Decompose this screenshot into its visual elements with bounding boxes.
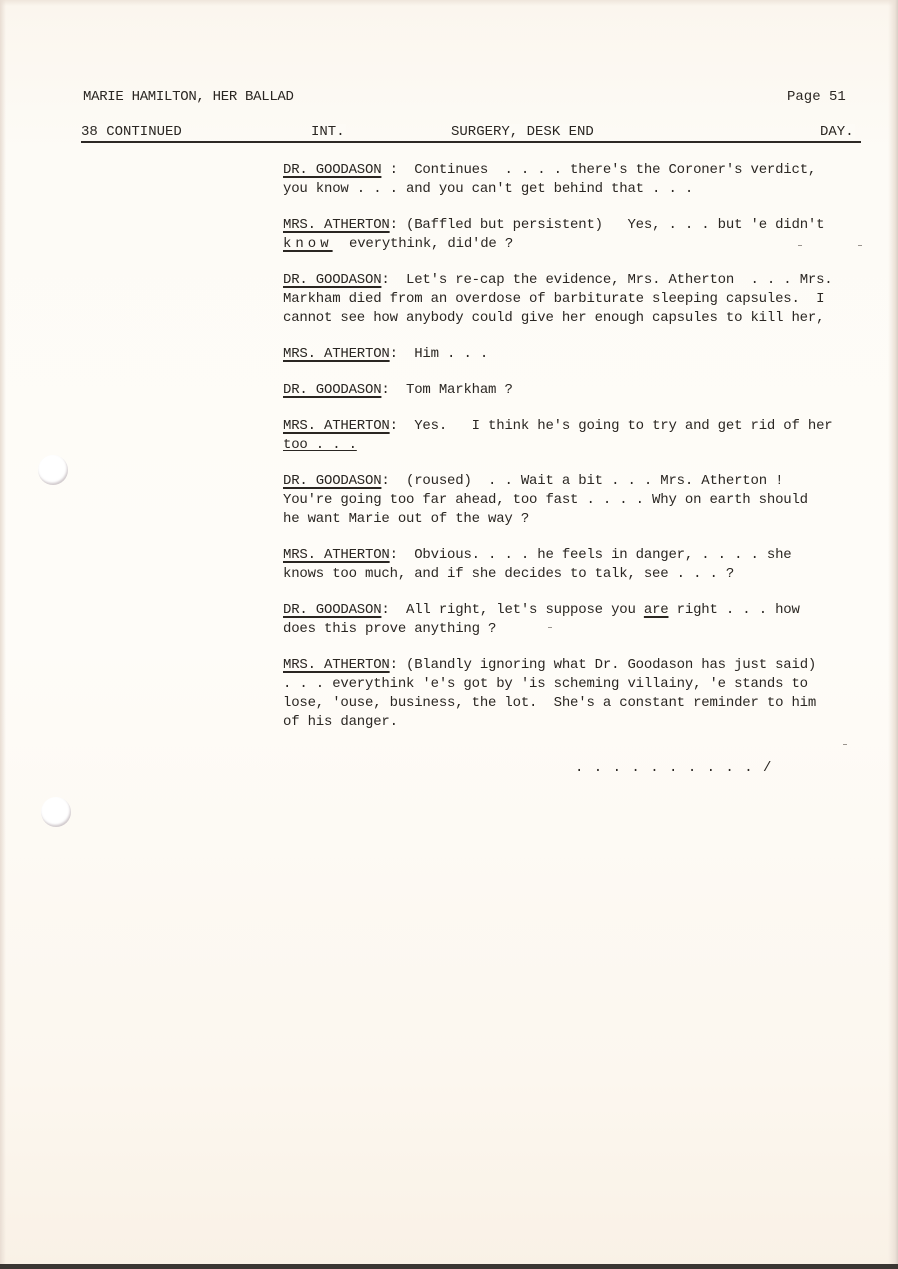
scene-int-ext: INT.	[311, 124, 346, 140]
scene-number: 38 CONTINUED	[81, 124, 183, 140]
speaker-name: MRS. ATHERTON	[283, 657, 390, 673]
paper-speck	[858, 245, 862, 246]
speaker-separator: :	[381, 272, 406, 288]
dialogue-block: MRS. ATHERTON: Obvious. . . . he feels i…	[283, 546, 893, 584]
page-edge-left	[0, 0, 6, 1269]
page-edge-bottom	[0, 1264, 898, 1269]
dialogue-block: DR. GOODASON: Tom Markham ?	[283, 381, 893, 400]
continuation-marker: . . . . . . . . . . /	[575, 760, 772, 776]
scene-heading: 38 CONTINUED INT. SURGERY, DESK END DAY.	[81, 124, 861, 144]
speaker-name: MRS. ATHERTON	[283, 346, 390, 362]
speaker-name: DR. GOODASON	[283, 272, 381, 288]
page-edge-top	[0, 0, 898, 6]
dialogue-text: All right, let's suppose you	[406, 602, 644, 618]
script-page: MARIE HAMILTON, HER BALLAD Page 51 38 CO…	[0, 0, 898, 1269]
paper-speck	[548, 627, 552, 628]
dialogue-text: Him . . .	[414, 346, 488, 362]
speaker-name: MRS. ATHERTON	[283, 217, 390, 233]
dialogue-block: DR. GOODASON: (roused) . . Wait a bit . …	[283, 472, 893, 529]
punch-hole-icon	[38, 455, 68, 485]
dialogue-block: MRS. ATHERTON: (Baffled but persistent) …	[283, 216, 893, 254]
speaker-name: DR. GOODASON	[283, 473, 381, 489]
speaker-separator: :	[390, 657, 406, 673]
dialogue-block: MRS. ATHERTON: Him . . .	[283, 345, 893, 364]
dialogue-text: Yes. I think he's going to try and get r…	[414, 418, 832, 434]
speaker-name: DR. GOODASON	[283, 602, 381, 618]
dialogue-text: Tom Markham ?	[406, 382, 513, 398]
speaker-separator: :	[390, 217, 406, 233]
speaker-name: DR. GOODASON	[283, 382, 381, 398]
dialogue-text-continued: everythink, did'de ?	[333, 236, 513, 252]
dialogue-text-continued: too . . .	[283, 437, 357, 453]
dialogue-column: DR. GOODASON : Continues . . . . there's…	[283, 161, 893, 749]
speaker-separator: :	[390, 547, 415, 563]
page-number: Page 51	[787, 89, 846, 105]
speaker-separator: :	[381, 602, 406, 618]
speaker-separator: :	[390, 346, 415, 362]
emphasized-word: are	[644, 602, 669, 618]
dialogue-block: DR. GOODASON: Let's re-cap the evidence,…	[283, 271, 893, 328]
script-title: MARIE HAMILTON, HER BALLAD	[83, 89, 294, 105]
paper-speck	[798, 245, 802, 246]
speaker-separator: :	[390, 418, 415, 434]
paper-speck	[843, 744, 847, 745]
scene-time: DAY.	[820, 124, 855, 140]
dialogue-text: (Baffled but persistent) Yes, . . . but …	[406, 217, 824, 233]
speaker-name: DR. GOODASON	[283, 162, 381, 178]
dialogue-block: MRS. ATHERTON: Yes. I think he's going t…	[283, 417, 893, 455]
dialogue-block: MRS. ATHERTON: (Blandly ignoring what Dr…	[283, 656, 893, 732]
scene-heading-rule	[81, 141, 861, 143]
speaker-separator: :	[381, 473, 406, 489]
speaker-name: MRS. ATHERTON	[283, 547, 390, 563]
scene-location: SURGERY, DESK END	[451, 124, 595, 140]
dialogue-block: DR. GOODASON: All right, let's suppose y…	[283, 601, 893, 639]
emphasized-word: know	[283, 236, 333, 252]
speaker-name: MRS. ATHERTON	[283, 418, 390, 434]
dialogue-block: DR. GOODASON : Continues . . . . there's…	[283, 161, 893, 199]
punch-hole-icon	[41, 797, 71, 827]
speaker-separator: :	[381, 382, 406, 398]
speaker-separator: :	[381, 162, 414, 178]
